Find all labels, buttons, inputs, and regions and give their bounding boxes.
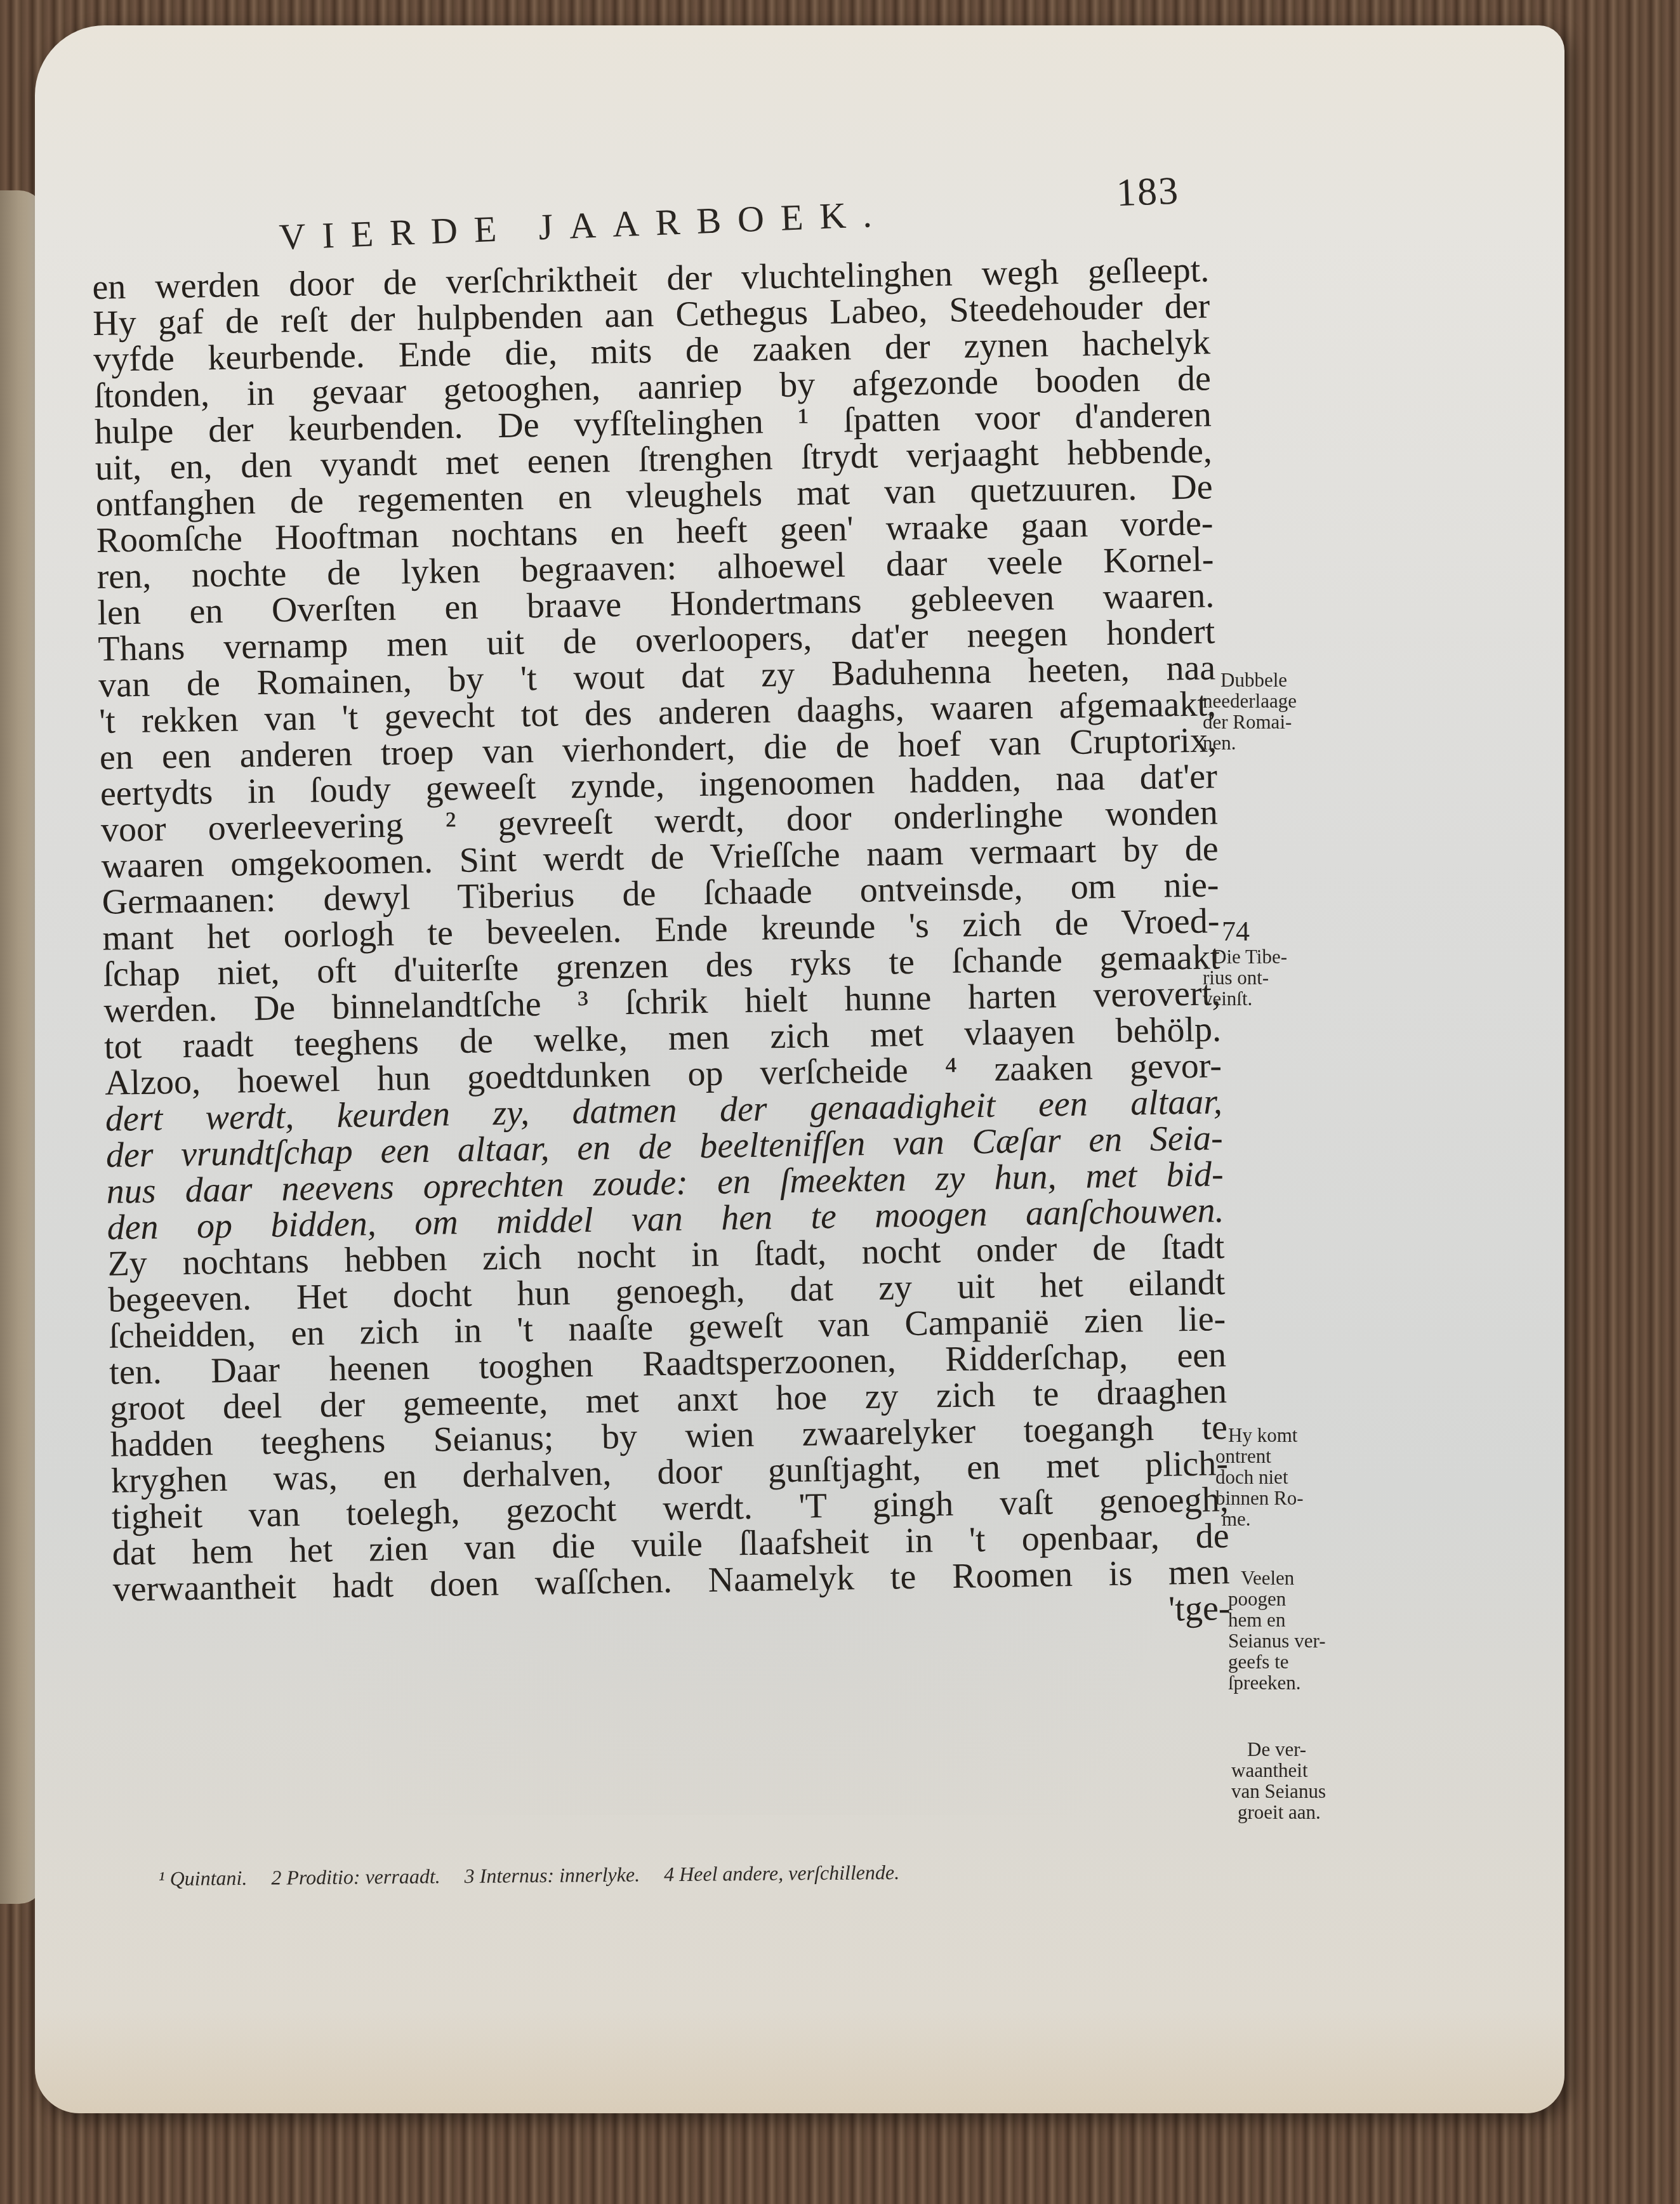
body-text: en werden door de verſchriktheit der vlu…: [92, 252, 1231, 1644]
margin-note-verwaantheit: De ver- waantheit van Seianus groeit aan…: [1231, 1739, 1377, 1823]
footnote-3: 3 Internus: innerlyke.: [465, 1863, 640, 1887]
footnote-2: 2 Proditio: verraadt.: [271, 1864, 440, 1889]
footnote-4: 4 Heel andere, verſchillende.: [664, 1861, 899, 1885]
margin-note-hy-komt: Hy komt ontrent doch niet binnen Ro- me.: [1215, 1425, 1361, 1529]
page-number: 183: [1116, 169, 1181, 216]
footnote-1: ¹ Quintani.: [159, 1866, 248, 1890]
margin-note-tiberius: 74 Die Tibe- rius ont- veinſt.: [1203, 917, 1349, 1009]
margin-note-dubbele-neederlaage: Dubbele neederlaage der Romai- nen.: [1203, 670, 1349, 753]
section-number: 74: [1203, 917, 1349, 946]
margin-note-veelen-poogen: Veelen poogen hem en Seianus ver- geefs …: [1228, 1567, 1374, 1693]
